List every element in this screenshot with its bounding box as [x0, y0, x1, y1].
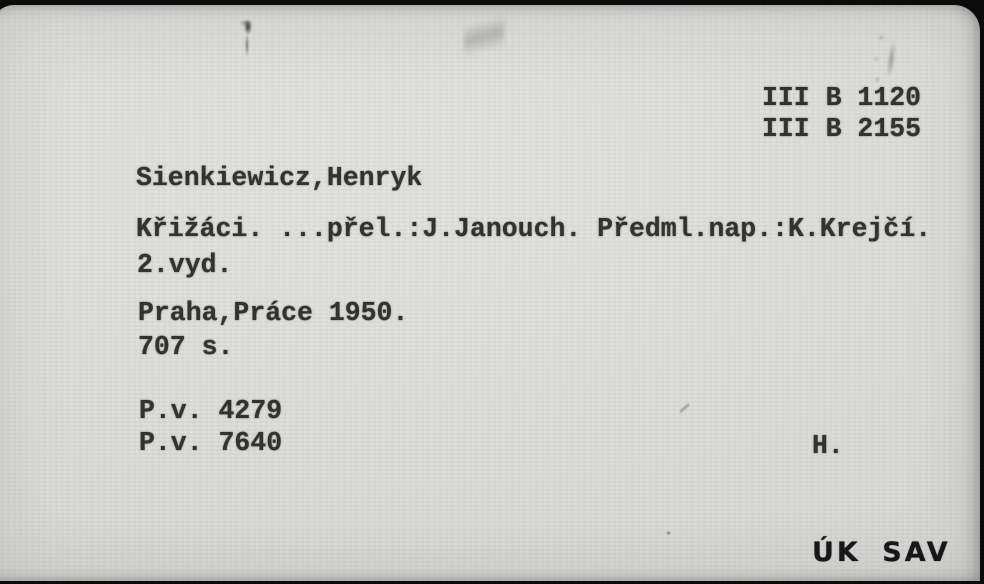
- call-number-2: III B 2155: [762, 116, 921, 143]
- photo-background: III B 1120 III B 2155 Sienkiewicz,Henryk…: [0, 0, 984, 584]
- title-statement: Křižáci. ...přel.:J.Janouch. Předml.nap.…: [136, 216, 931, 243]
- ink-smudge: [239, 13, 255, 59]
- extent-line: 707 s.: [138, 334, 233, 361]
- faint-smudge: [464, 7, 504, 65]
- imprint-line: Praha,Práce 1950.: [138, 300, 408, 327]
- paper-speck: [665, 530, 672, 536]
- pencil-smudge: [870, 19, 909, 89]
- edition-statement: 2.vyd.: [137, 252, 232, 279]
- author-heading: Sienkiewicz,Henryk: [136, 165, 422, 192]
- catalog-card: III B 1120 III B 2155 Sienkiewicz,Henryk…: [0, 5, 980, 581]
- call-number-1: III B 1120: [762, 85, 921, 112]
- library-stamp: ÚK SAV: [812, 539, 951, 566]
- paper-speck: [680, 403, 689, 413]
- holdings-letter: H.: [812, 433, 844, 460]
- accession-number-1: P.v. 4279: [139, 398, 282, 425]
- accession-number-2: P.v. 7640: [139, 430, 282, 457]
